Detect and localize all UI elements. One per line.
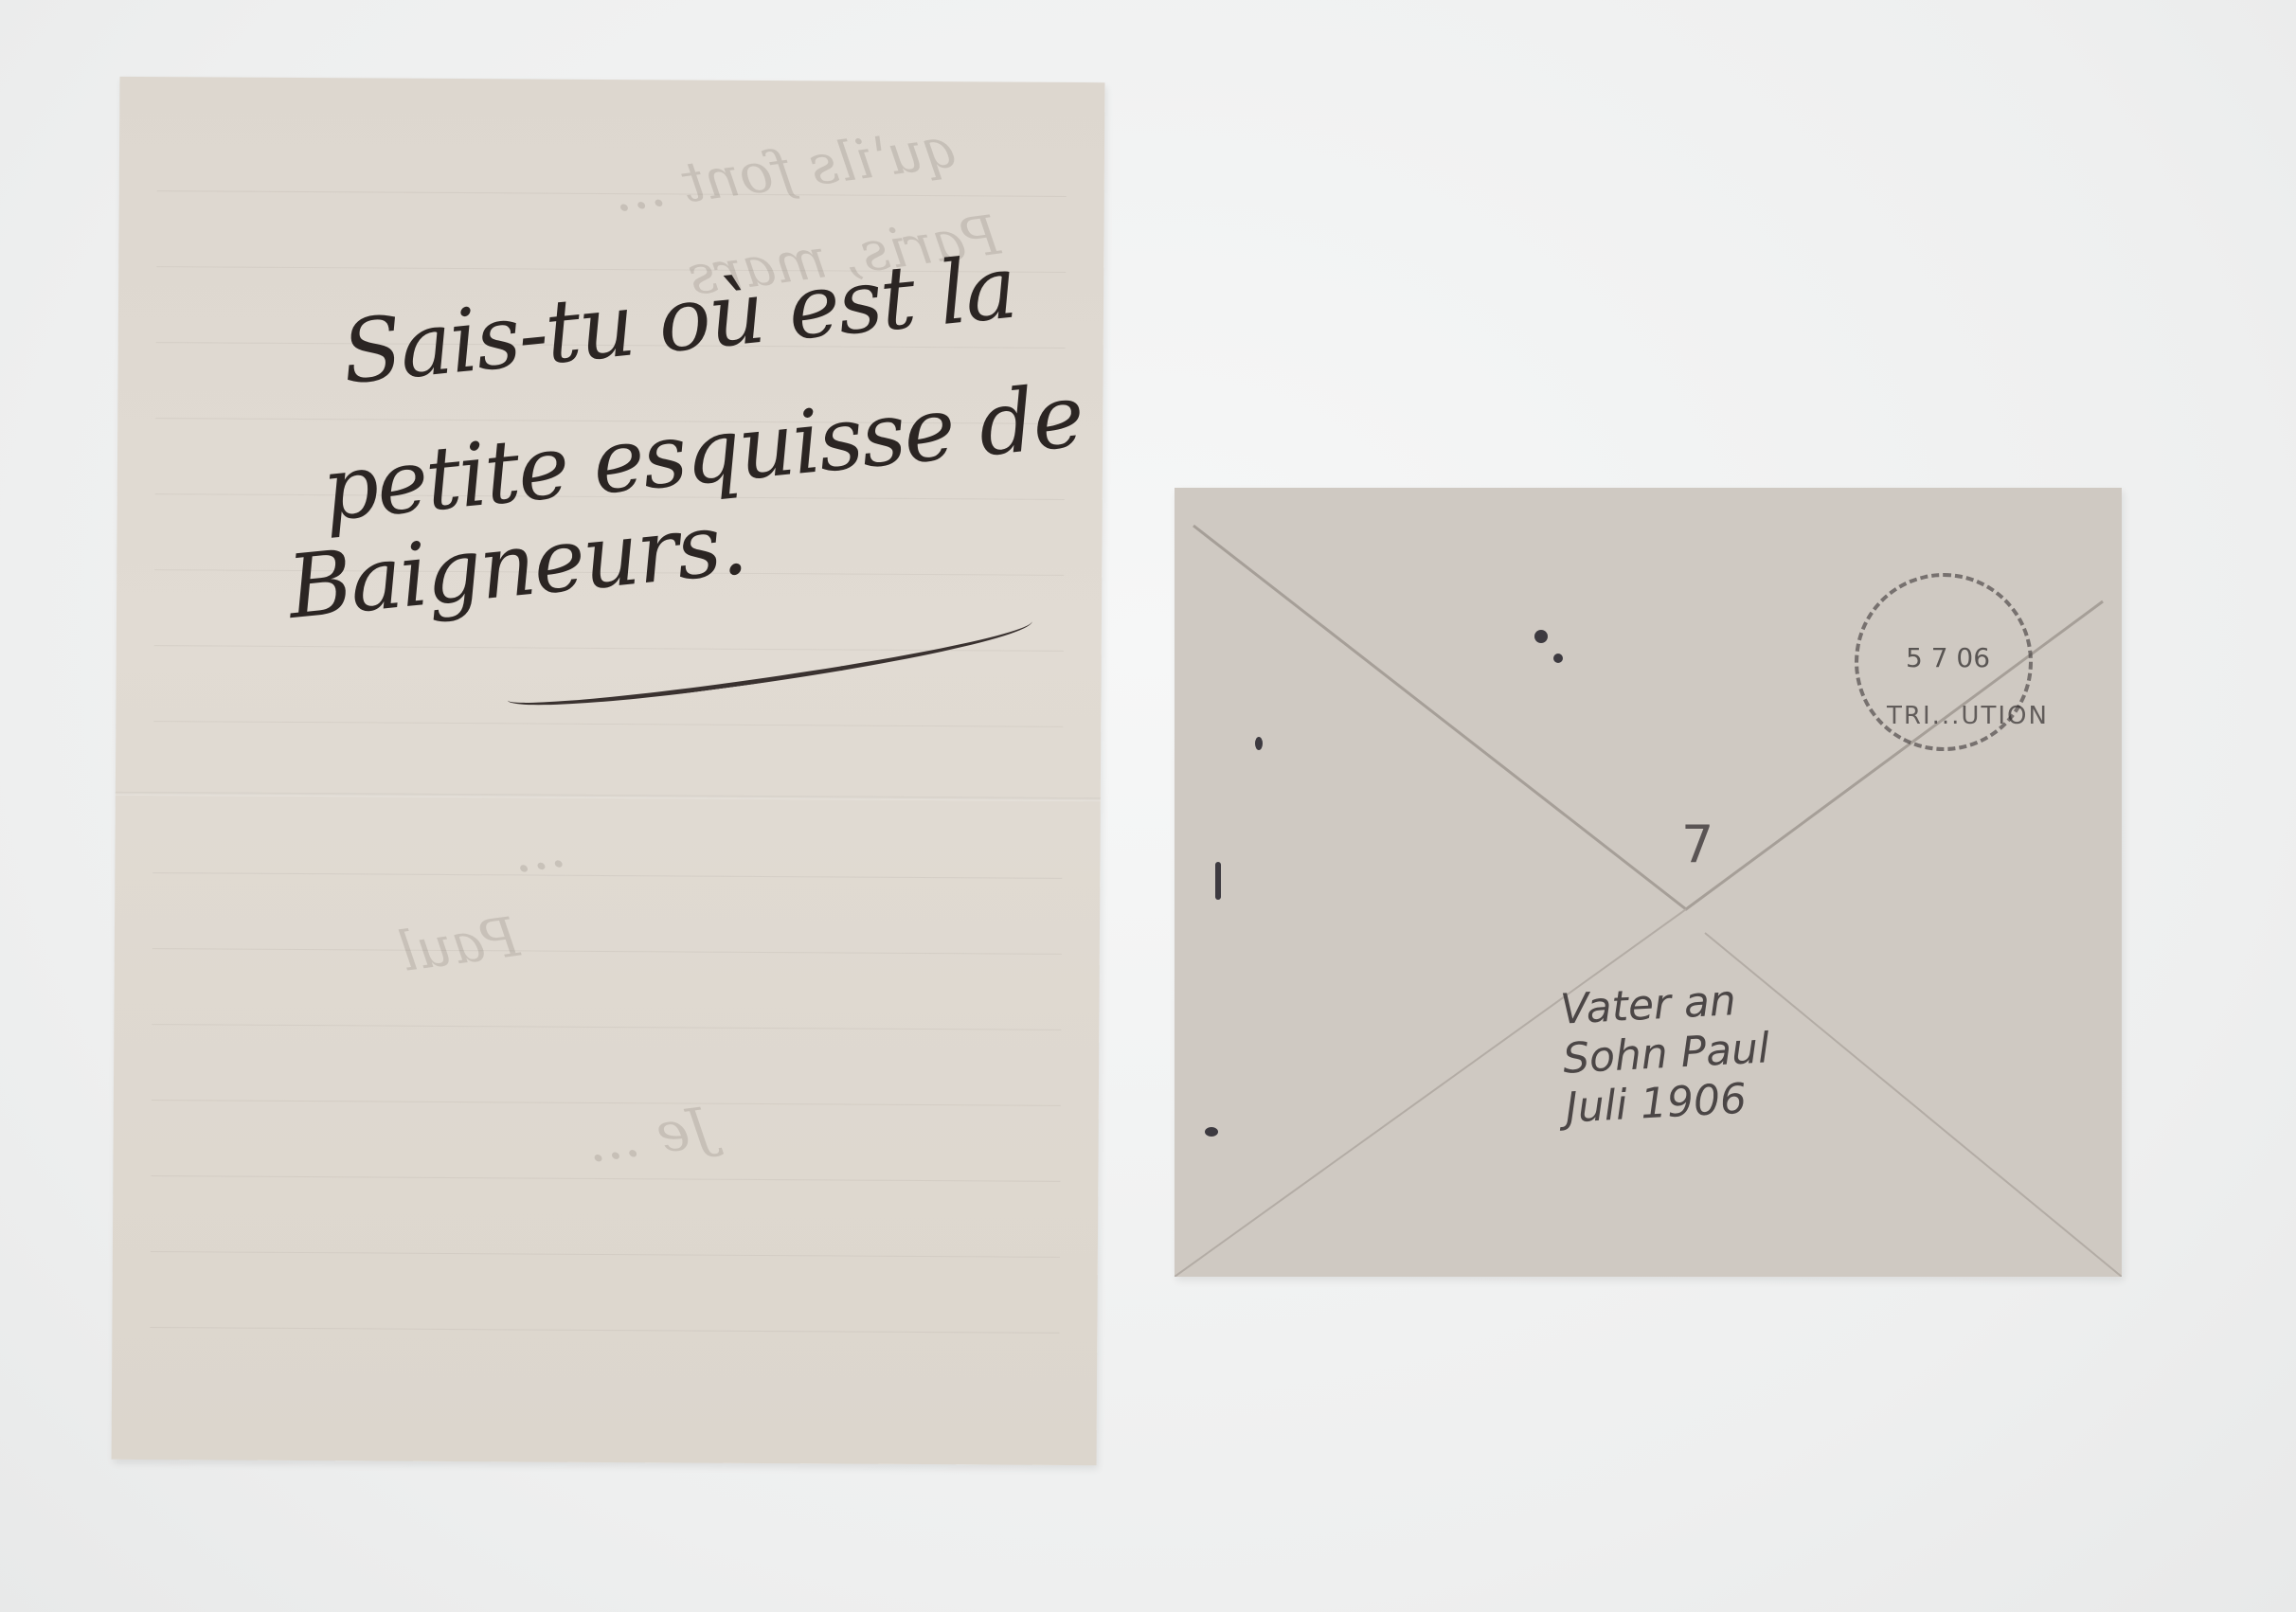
ruled-line (152, 948, 1062, 955)
ink-mark (1215, 862, 1221, 900)
ruled-line (152, 1100, 1061, 1106)
postmark: 5 7 06 TRI...UTION (1855, 573, 2033, 751)
ruled-line (157, 190, 1067, 197)
postmark-text: TRI...UTION (1887, 702, 2049, 730)
ink-spot (1534, 630, 1548, 643)
bleed-through-text: ... (509, 815, 569, 886)
pencil-annotation: Vater an Sohn Paul Juli 1906 (1559, 975, 1773, 1133)
ruled-line (153, 721, 1063, 727)
fold-crease (116, 792, 1101, 801)
ruled-line (150, 1327, 1059, 1334)
ruled-line (152, 872, 1062, 879)
handwritten-letter: qu'ils font ... Paris, mars ... Paul Je … (112, 77, 1105, 1465)
ruled-line (152, 1024, 1061, 1030)
ink-spot (1255, 737, 1263, 750)
bleed-through-text: qu'ils font ... (609, 115, 961, 224)
postmark-date: 5 7 06 (1906, 643, 1990, 673)
ruled-line (151, 1175, 1060, 1182)
ink-spot (1553, 654, 1563, 663)
letter-line-1: Sais-tu où est la (337, 237, 1019, 404)
bleed-through-text: Je ... (583, 1095, 715, 1175)
bleed-through-text: Paul (395, 905, 523, 984)
pencil-number: 7 (1681, 815, 1713, 874)
ink-spot (1205, 1127, 1218, 1137)
ruled-line (151, 1251, 1060, 1258)
flourish-underline (504, 604, 1035, 717)
